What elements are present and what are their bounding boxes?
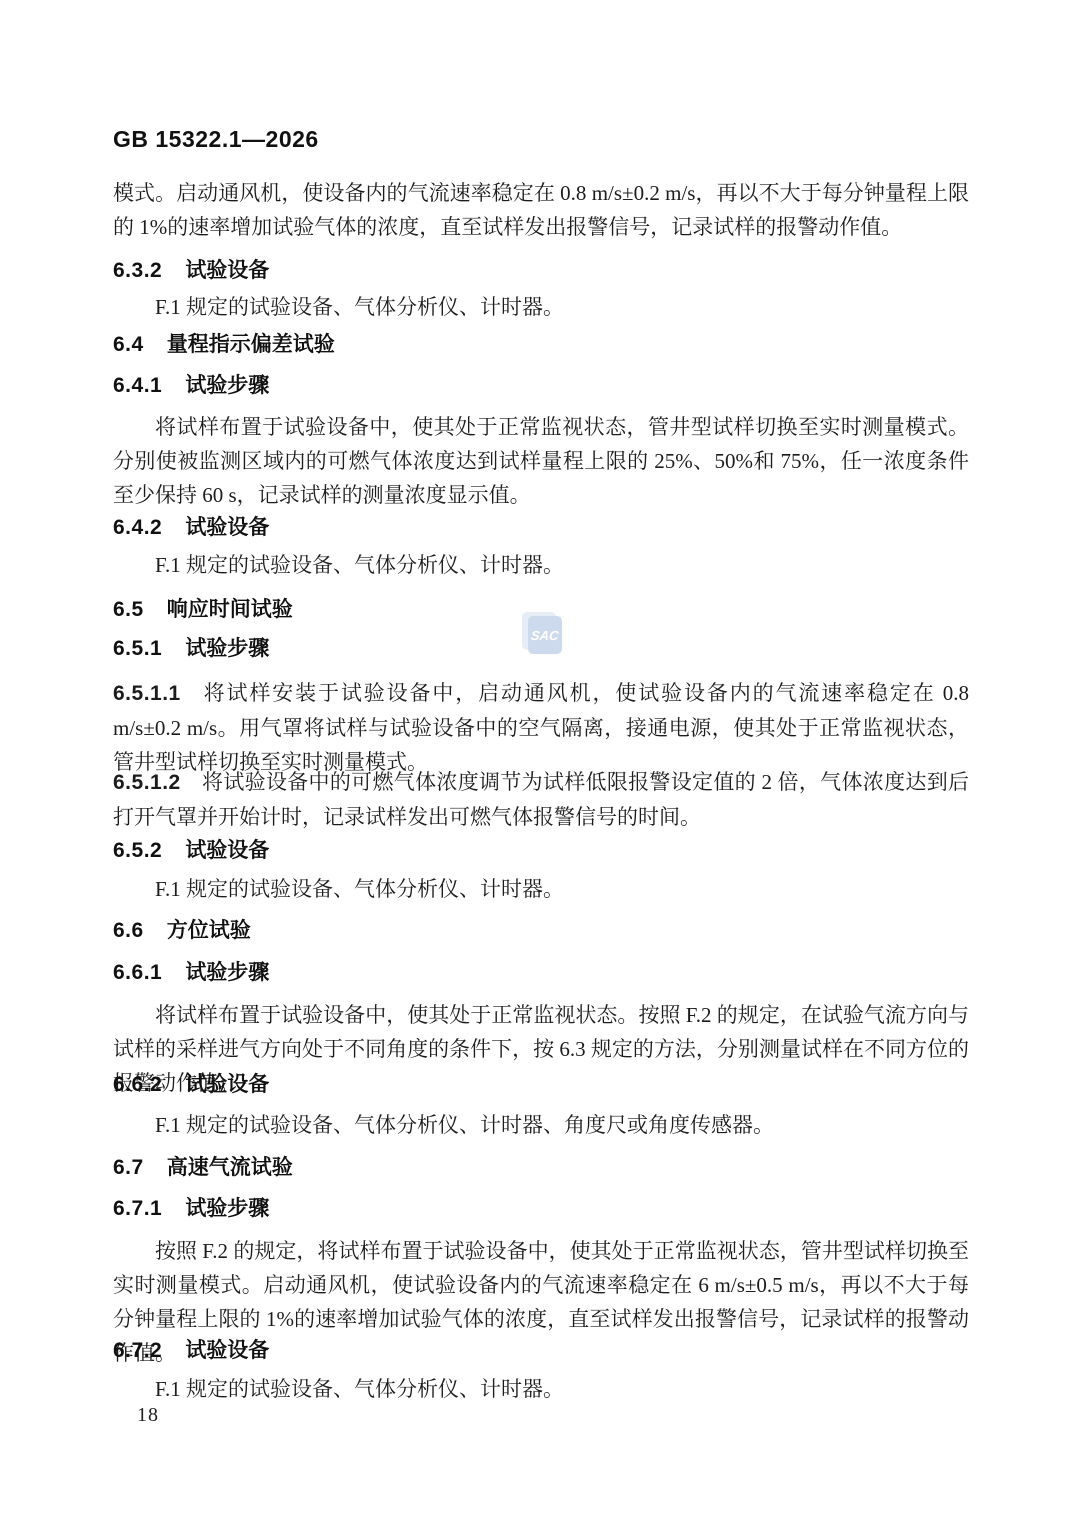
paragraph-continued: 模式。启动通风机，使设备内的气流速率稳定在 0.8 m/s±0.2 m/s，再以…	[113, 176, 969, 244]
section-title: 试验设备	[185, 1338, 269, 1363]
section-title: 响应时间试验	[167, 597, 293, 622]
paragraph-equipment: F.1 规定的试验设备、气体分析仪、计时器。	[113, 290, 969, 324]
section-title: 试验设备	[185, 838, 269, 863]
sac-watermark-icon: SAC	[528, 616, 562, 654]
section-number: 6.4.1	[113, 373, 162, 398]
section-heading-6-4-2: 6.4.2 试验设备	[113, 515, 969, 540]
section-number: 6.3.2	[113, 258, 162, 283]
clause-number: 6.5.1.2	[113, 771, 181, 794]
section-heading-6-6-1: 6.6.1 试验步骤	[113, 960, 969, 985]
section-heading-6-7-1: 6.7.1 试验步骤	[113, 1196, 969, 1221]
section-number: 6.4.2	[113, 515, 162, 540]
section-title: 试验步骤	[185, 373, 269, 398]
section-title: 试验步骤	[185, 960, 269, 985]
sac-watermark-label: SAC	[530, 628, 559, 643]
section-title: 方位试验	[167, 918, 251, 943]
paragraph-equipment: F.1 规定的试验设备、气体分析仪、计时器。	[113, 548, 969, 582]
clause-text: 将试样安装于试验设备中，启动通风机，使试验设备内的气流速率稳定在 0.8 m/s…	[113, 681, 969, 774]
section-number: 6.5.2	[113, 838, 162, 863]
document-header: GB 15322.1—2026	[113, 126, 969, 153]
section-number: 6.7	[113, 1155, 144, 1180]
section-number: 6.6	[113, 918, 144, 943]
section-number: 6.7.1	[113, 1196, 162, 1221]
paragraph-6-5-1-1: 6.5.1.1将试样安装于试验设备中，启动通风机，使试验设备内的气流速率稳定在 …	[113, 676, 969, 779]
section-title: 试验设备	[185, 258, 269, 283]
section-title: 试验步骤	[185, 636, 269, 661]
section-number: 6.5.1	[113, 636, 162, 661]
section-title: 高速气流试验	[167, 1155, 293, 1180]
section-heading-6-4: 6.4 量程指示偏差试验	[113, 332, 969, 357]
section-title: 试验设备	[185, 515, 269, 540]
clause-text: 将试验设备中的可燃气体浓度调节为试样低限报警设定值的 2 倍，气体浓度达到后打开…	[113, 770, 969, 829]
section-heading-6-4-1: 6.4.1 试验步骤	[113, 373, 969, 398]
paragraph-6-5-1-2: 6.5.1.2将试验设备中的可燃气体浓度调节为试样低限报警设定值的 2 倍，气体…	[113, 765, 969, 834]
section-heading-6-7-2: 6.7.2 试验设备	[113, 1338, 969, 1363]
section-heading-6-5-2: 6.5.2 试验设备	[113, 838, 969, 863]
paragraph-equipment: F.1 规定的试验设备、气体分析仪、计时器、角度尺或角度传感器。	[113, 1108, 969, 1142]
paragraph-equipment: F.1 规定的试验设备、气体分析仪、计时器。	[113, 872, 969, 906]
paragraph-procedure: 将试样布置于试验设备中，使其处于正常监视状态，管井型试样切换至实时测量模式。分别…	[113, 410, 969, 512]
section-heading-6-3-2: 6.3.2 试验设备	[113, 258, 969, 283]
clause-number: 6.5.1.1	[113, 682, 181, 705]
section-number: 6.6.1	[113, 960, 162, 985]
section-heading-6-6: 6.6 方位试验	[113, 918, 969, 943]
section-heading-6-7: 6.7 高速气流试验	[113, 1155, 969, 1180]
section-number: 6.7.2	[113, 1338, 162, 1363]
section-title: 试验步骤	[185, 1196, 269, 1221]
section-title: 试验设备	[185, 1072, 269, 1097]
paragraph-equipment: F.1 规定的试验设备、气体分析仪、计时器。	[113, 1372, 969, 1406]
section-heading-6-6-2: 6.6.2 试验设备	[113, 1072, 969, 1097]
section-number: 6.4	[113, 332, 144, 357]
section-title: 量程指示偏差试验	[167, 332, 335, 357]
section-number: 6.6.2	[113, 1072, 162, 1097]
section-number: 6.5	[113, 597, 144, 622]
page-number: 18	[137, 1404, 159, 1427]
